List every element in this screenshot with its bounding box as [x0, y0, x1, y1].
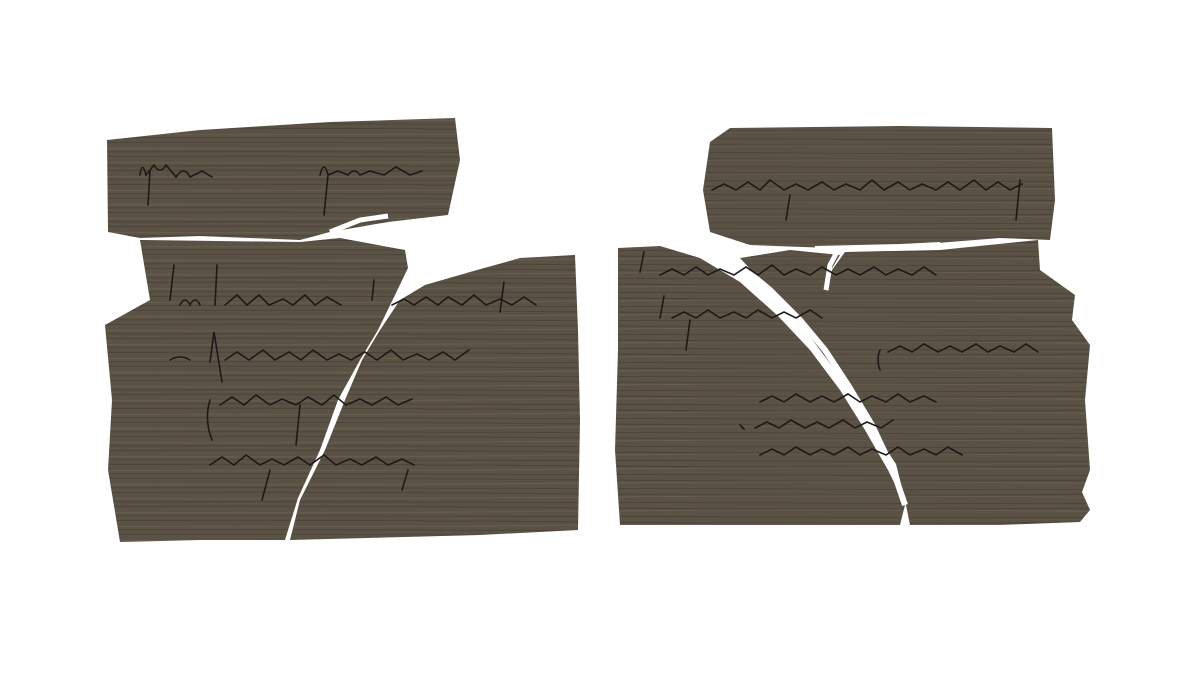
left-tablet	[100, 115, 585, 545]
tablet-photograph	[0, 0, 1200, 675]
right-tablet	[615, 126, 1090, 525]
left-top-fragment	[107, 118, 460, 240]
